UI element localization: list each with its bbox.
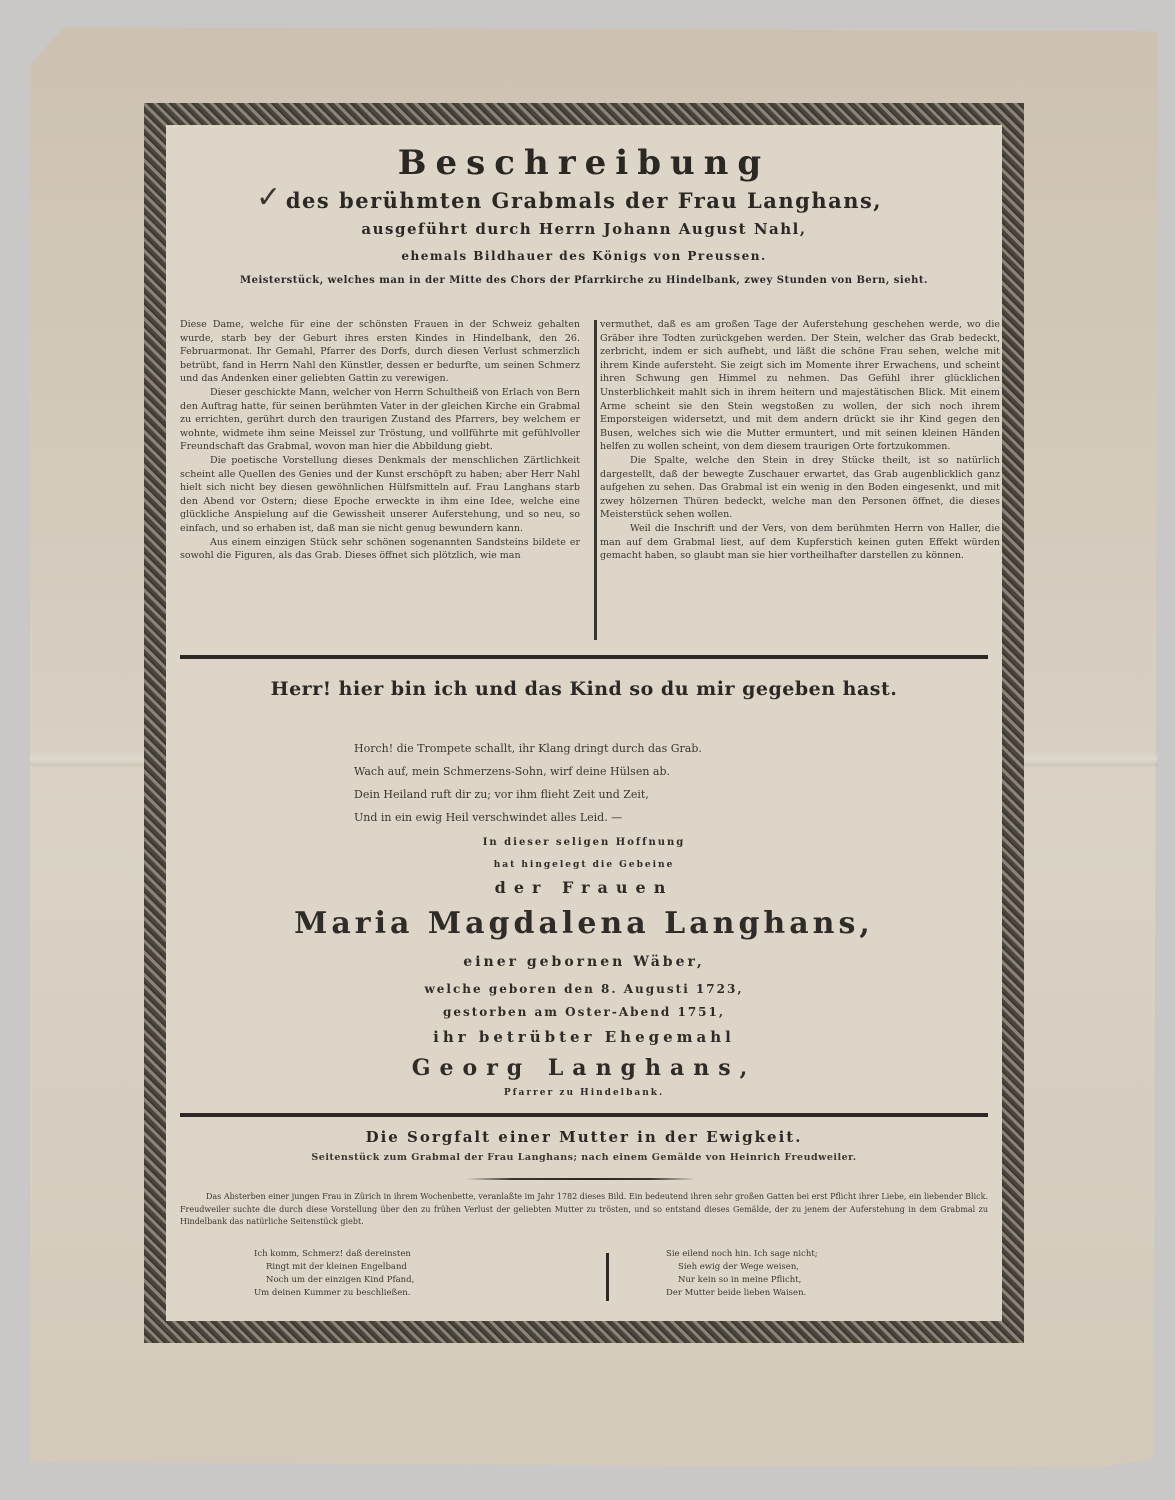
paragraph: Das Absterben einer jungen Frau in Züric… <box>180 1191 988 1229</box>
poem-line: Ringt mit der kleinen Engelband <box>254 1261 414 1274</box>
verse-line: Horch! die Trompete schallt, ihr Klang d… <box>354 737 702 760</box>
section-divider <box>180 1113 988 1117</box>
paragraph: Weil die Inschrift und der Vers, von dem… <box>600 522 1000 563</box>
poem-line: Der Mutter beide lieben Waisen. <box>666 1287 818 1300</box>
document-title: Beschreibung <box>166 143 1002 183</box>
section-divider <box>180 655 988 659</box>
poem-line: Sie eilend noch hin. Ich sage nicht; <box>666 1248 818 1261</box>
poem-line: Nur kein so in meine Pflicht, <box>666 1274 818 1287</box>
birth-date: welche geboren den 8. Augusti 1723, <box>166 982 1002 996</box>
document-body: ✓ Beschreibung des berühmten Grabmals de… <box>166 125 1002 1321</box>
paragraph: Die Spalte, welche den Stein in drey Stü… <box>600 454 1000 522</box>
dedication-line: In dieser seligen Hoffnung <box>166 837 1002 848</box>
subtitle-sculptor-role: ehemals Bildhauer des Königs von Preusse… <box>166 249 1002 263</box>
inscription-heading: Herr! hier bin ich und das Kind so du mi… <box>166 675 1002 703</box>
dedication-line: hat hingelegt die Gebeine <box>166 860 1002 870</box>
poem-divider <box>606 1253 609 1301</box>
husband-title: Pfarrer zu Hindelbank. <box>166 1088 1002 1098</box>
ornamental-rule <box>466 1178 696 1180</box>
description-left-column: Diese Dame, welche für eine der schönste… <box>180 318 580 563</box>
deceased-name: Maria Magdalena Langhans, <box>166 906 1002 941</box>
inscription-verse: Horch! die Trompete schallt, ihr Klang d… <box>354 737 702 829</box>
dedication-line: der Frauen <box>166 878 1002 897</box>
dedication-line: einer gebornen Wäber, <box>166 954 1002 970</box>
subtitle-location: Meisterstück, welches man in der Mitte d… <box>166 275 1002 286</box>
poem-line: Sieh ewig der Wege weisen, <box>666 1261 818 1274</box>
subtitle-monument: des berühmten Grabmals der Frau Langhans… <box>166 188 1002 213</box>
poem-line: Ich komm, Schmerz! daß dereinsten <box>254 1248 414 1261</box>
paragraph: vermuthet, daß es am großen Tage der Auf… <box>600 318 1000 454</box>
paragraph: Diese Dame, welche für eine der schönste… <box>180 318 580 386</box>
paragraph: Aus einem einzigen Stück sehr schönen so… <box>180 536 580 563</box>
section-prose: Das Absterben einer jungen Frau in Züric… <box>180 1191 988 1229</box>
poem-left: Ich komm, Schmerz! daß dereinsten Ringt … <box>254 1248 414 1300</box>
paragraph: Die poetische Vorstellung dieses Denkmal… <box>180 454 580 536</box>
poem-line: Um deinen Kummer zu beschließen. <box>254 1287 414 1300</box>
subtitle-sculptor: ausgeführt durch Herrn Johann August Nah… <box>166 220 1002 238</box>
column-divider <box>594 320 597 640</box>
poem-line: Noch um der einzigen Kind Pfand, <box>254 1274 414 1287</box>
description-right-column: vermuthet, daß es am großen Tage der Auf… <box>600 318 1000 563</box>
paragraph: Dieser geschickte Mann, welcher von Herr… <box>180 386 580 454</box>
verse-line: Und in ein ewig Heil verschwindet alles … <box>354 806 702 829</box>
verse-line: Dein Heiland ruft dir zu; vor ihm flieht… <box>354 783 702 806</box>
section-subtitle: Seitenstück zum Grabmal der Frau Langhan… <box>166 1152 1002 1163</box>
husband-name: Georg Langhans, <box>166 1055 1002 1081</box>
dedication-line: ihr betrübter Ehegemahl <box>166 1028 1002 1046</box>
section-title: Die Sorgfalt einer Mutter in der Ewigkei… <box>166 1128 1002 1146</box>
death-date: gestorben am Oster-Abend 1751, <box>166 1005 1002 1019</box>
verse-line: Wach auf, mein Schmerzens-Sohn, wirf dei… <box>354 760 702 783</box>
poem-right: Sie eilend noch hin. Ich sage nicht; Sie… <box>666 1248 818 1300</box>
